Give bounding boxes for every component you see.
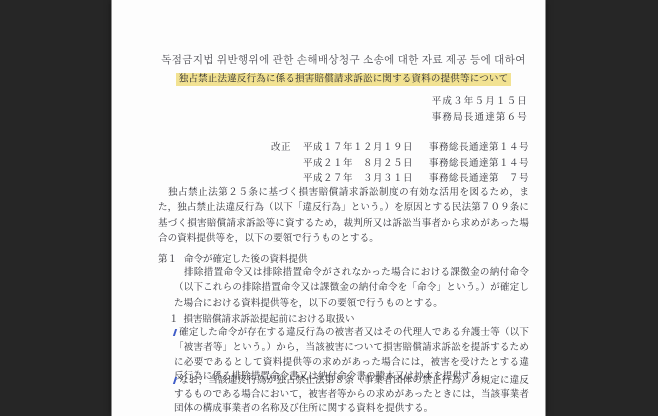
revision-history: 改正 平成１７年１２月１９日 事務総長通達第１４号 平成２１年 ８月２５日 事務… [271,139,529,186]
item-1-title: 損害賠償請求訴訟提起前における取扱い [184,315,355,325]
revision-date: 平成１７年１２月１９日 [303,139,417,155]
revision-number: 事務総長通達第１４号 [429,139,529,155]
viewer-canvas: 독점금지법 위반행위에 관한 손해배상청구 소송에 대한 자료 제공 등에 대하… [0,0,658,416]
revision-date: 平成２７年 ３月３１日 [303,170,417,186]
item-1-paragraph-2: なお，当該違反行為が独占禁止法第８条（事業者団体の禁止行為）の規定に違反するもの… [174,374,529,416]
document-title-line: 独占禁止法違反行為に係る損害賠償請求訴訟に関する資料の提供等について [158,70,529,84]
revision-number: 事務総長通達第１４号 [429,155,529,171]
revision-row: 平成２７年 ３月３１日 事務総長通達第 ７号 [271,170,529,186]
section-1-number: 第１ [158,255,177,265]
issued-number: 事務局長通達第６号 [432,109,528,123]
revision-row: 平成２１年 ８月２５日 事務総長通達第１４号 [271,155,529,171]
revision-label: 改正 [271,139,303,155]
insertion-mark-icon [173,329,177,336]
item-1-number: １ [169,315,179,325]
issued-date: 平成３年５月１５日 [432,93,528,107]
section-1-title: 命令が確定した後の資料提供 [184,255,308,265]
revision-row: 改正 平成１７年１２月１９日 事務総長通達第１４号 [271,139,529,155]
section-1-heading: 第１命令が確定した後の資料提供 [158,251,308,265]
item-1-heading: １損害賠償請求訴訟提起前における取扱い [169,311,355,325]
revision-number: 事務総長通達第 ７号 [429,170,529,186]
section-1-body: 排除措置命令又は排除措置命令がされなかった場合における課徴金の納付命令（以下これ… [174,266,529,312]
document-page: 독점금지법 위반행위에 관한 손해배상청구 소송에 대한 자료 제공 등에 대하… [112,0,545,416]
translated-title: 독점금지법 위반행위에 관한 손해배상청구 소송에 대한 자료 제공 등에 대하… [158,52,529,67]
revision-date: 平成２１年 ８月２５日 [303,155,417,171]
highlighted-title: 独占禁止法違反行為に係る損害賠償請求訴訟に関する資料の提供等について [176,73,512,86]
insertion-mark-icon [173,377,177,384]
intro-paragraph: 独占禁止法第２５条に基づく損害賠償請求訴訟制度の有効な活用を図るため，また，独占… [158,186,529,248]
